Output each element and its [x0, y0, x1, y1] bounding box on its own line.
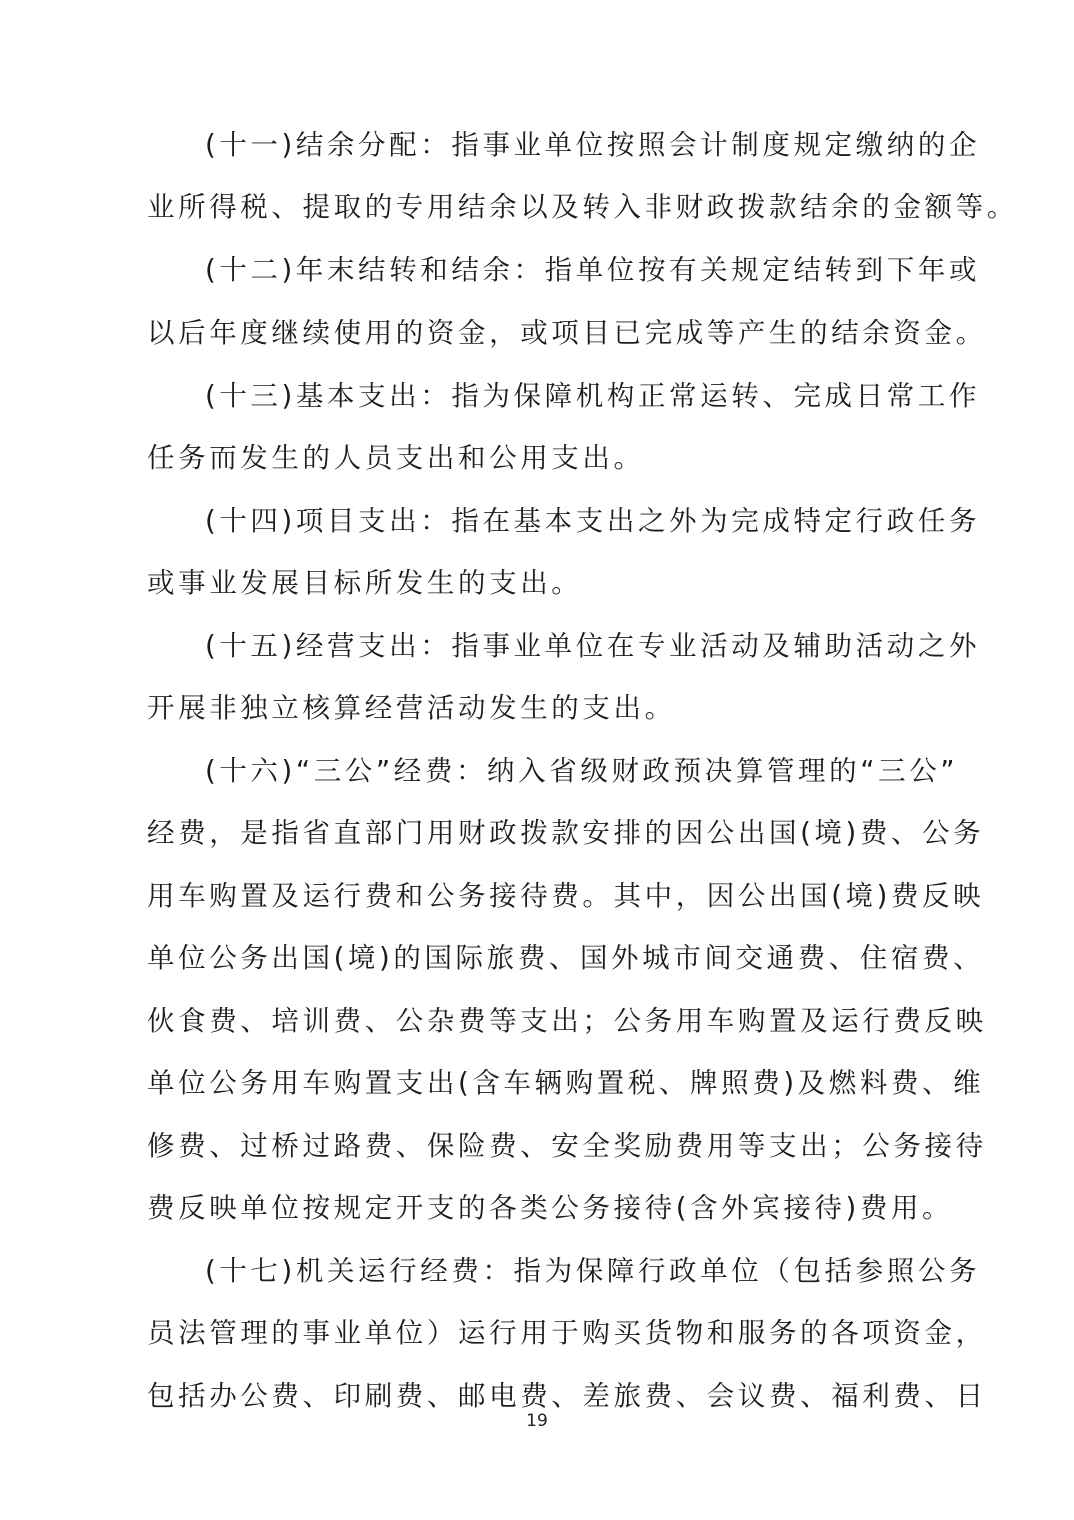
paragraph-13-line-1: (十三)基本支出：指为保障机构正常运转、完成日常工作 — [205, 376, 995, 416]
paragraph-16-line-7: 修费、过桥过路费、保险费、安全奖励费用等支出；公务接待 — [147, 1126, 937, 1166]
paragraph-14-line-1: (十四)项目支出：指在基本支出之外为完成特定行政任务 — [205, 501, 995, 541]
paragraph-16-line-2: 经费，是指省直部门用财政拨款安排的因公出国(境)费、公务 — [147, 813, 937, 853]
paragraph-16-line-1: (十六)“三公”经费：纳入省级财政预决算管理的“三公” — [205, 751, 995, 791]
document-page: (十一)结余分配：指事业单位按照会计制度规定缴纳的企 业所得税、提取的专用结余以… — [0, 0, 1074, 1520]
paragraph-17-line-1: (十七)机关运行经费：指为保障行政单位（包括参照公务 — [205, 1251, 995, 1291]
paragraph-11-line-1: (十一)结余分配：指事业单位按照会计制度规定缴纳的企 — [205, 125, 995, 165]
paragraph-14-line-2: 或事业发展目标所发生的支出。 — [147, 563, 937, 603]
paragraph-16-line-8: 费反映单位按规定开支的各类公务接待(含外宾接待)费用。 — [147, 1188, 937, 1228]
paragraph-16-line-6: 单位公务用车购置支出(含车辆购置税、牌照费)及燃料费、维 — [147, 1063, 937, 1103]
paragraph-11-line-2: 业所得税、提取的专用结余以及转入非财政拨款结余的金额等。 — [147, 187, 937, 227]
paragraph-17-line-2: 员法管理的事业单位）运行用于购买货物和服务的各项资金， — [147, 1313, 937, 1353]
paragraph-13-line-2: 任务而发生的人员支出和公用支出。 — [147, 438, 937, 478]
page-number: 19 — [0, 1410, 1074, 1432]
paragraph-15-line-2: 开展非独立核算经营活动发生的支出。 — [147, 688, 937, 728]
paragraph-16-line-5: 伙食费、培训费、公杂费等支出；公务用车购置及运行费反映 — [147, 1001, 937, 1041]
paragraph-12-line-2: 以后年度继续使用的资金，或项目已完成等产生的结余资金。 — [147, 313, 937, 353]
paragraph-12-line-1: (十二)年末结转和结余：指单位按有关规定结转到下年或 — [205, 250, 995, 290]
paragraph-16-line-3: 用车购置及运行费和公务接待费。其中，因公出国(境)费反映 — [147, 876, 937, 916]
paragraph-15-line-1: (十五)经营支出：指事业单位在专业活动及辅助活动之外 — [205, 626, 995, 666]
paragraph-16-line-4: 单位公务出国(境)的国际旅费、国外城市间交通费、住宿费、 — [147, 938, 937, 978]
